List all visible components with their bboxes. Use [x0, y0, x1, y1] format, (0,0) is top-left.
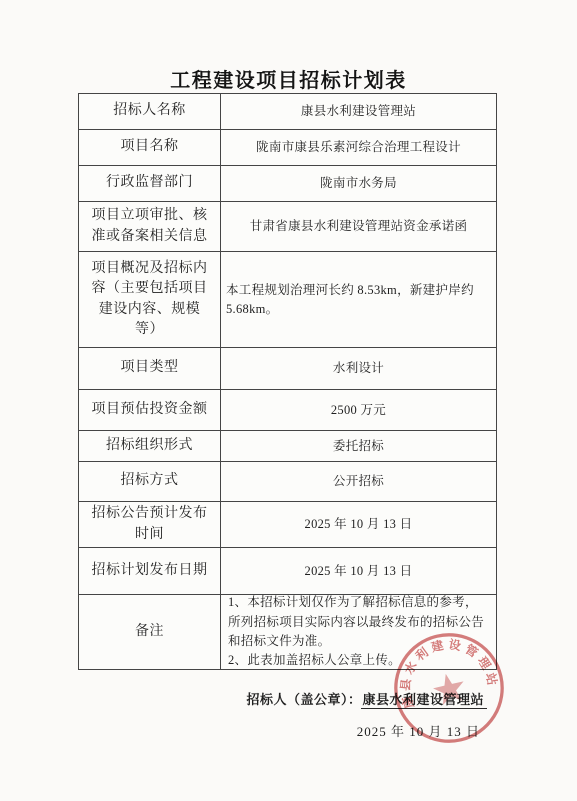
row-value: 水利设计 — [221, 348, 496, 389]
row-value: 康县水利建设管理站 — [221, 94, 496, 129]
row-value: 2500 万元 — [221, 390, 496, 430]
row-value: 陇南市康县乐素河综合治理工程设计 — [221, 130, 496, 165]
table-row: 招标人名称 康县水利建设管理站 — [79, 94, 496, 129]
row-value: 陇南市水务局 — [221, 166, 496, 201]
row-label: 项目立项审批、核准或备案相关信息 — [79, 202, 221, 251]
row-label: 招标方式 — [79, 462, 221, 501]
row-label: 行政监督部门 — [79, 166, 221, 201]
row-value: 甘肃省康县水利建设管理站资金承诺函 — [221, 202, 496, 251]
bidding-plan-table: 招标人名称 康县水利建设管理站 项目名称 陇南市康县乐素河综合治理工程设计 行政… — [78, 93, 497, 670]
signature-name: 康县水利建设管理站 — [361, 692, 487, 709]
table-row: 招标方式 公开招标 — [79, 461, 496, 501]
row-label: 项目概况及招标内容（主要包括项目建设内容、规模等） — [79, 252, 221, 347]
row-value: 本工程规划治理河长约 8.53km，新建护岸约 5.68km。 — [221, 252, 496, 347]
row-label: 招标人名称 — [79, 94, 221, 129]
row-value: 公开招标 — [221, 462, 496, 501]
row-label: 招标公告预计发布时间 — [79, 502, 221, 547]
row-label: 项目类型 — [79, 348, 221, 389]
signature-date: 2025 年 10 月 13 日 — [357, 721, 480, 740]
note-line: 1、本招标计划仅作为了解招标信息的参考，所列招标项目实际内容以最终发布的招标公告… — [228, 593, 488, 651]
row-label: 招标计划发布日期 — [79, 548, 221, 594]
row-value: 委托招标 — [221, 431, 496, 461]
table-row: 项目类型 水利设计 — [79, 347, 496, 389]
table-row: 招标组织形式 委托招标 — [79, 430, 496, 461]
table-row: 招标公告预计发布时间 2025 年 10 月 13 日 — [79, 501, 496, 547]
row-label: 项目预估投资金额 — [79, 390, 221, 430]
note-line: 2、此表加盖招标人公章上传。 — [228, 651, 401, 670]
row-value: 2025 年 10 月 13 日 — [221, 548, 496, 594]
table-row: 项目名称 陇南市康县乐素河综合治理工程设计 — [79, 129, 496, 165]
table-row: 项目立项审批、核准或备案相关信息 甘肃省康县水利建设管理站资金承诺函 — [79, 201, 496, 251]
signature-line: 招标人（盖公章）：康县水利建设管理站 — [246, 689, 487, 708]
table-row: 备注 1、本招标计划仅作为了解招标信息的参考，所列招标项目实际内容以最终发布的招… — [79, 594, 496, 669]
row-label: 备注 — [79, 595, 221, 669]
table-row: 招标计划发布日期 2025 年 10 月 13 日 — [79, 547, 496, 594]
row-value-notes: 1、本招标计划仅作为了解招标信息的参考，所列招标项目实际内容以最终发布的招标公告… — [221, 595, 496, 669]
table-row: 项目预估投资金额 2500 万元 — [79, 389, 496, 430]
table-row: 行政监督部门 陇南市水务局 — [79, 165, 496, 201]
row-label: 招标组织形式 — [79, 431, 221, 461]
row-value: 2025 年 10 月 13 日 — [221, 502, 496, 547]
row-label: 项目名称 — [79, 130, 221, 165]
table-row: 项目概况及招标内容（主要包括项目建设内容、规模等） 本工程规划治理河长约 8.5… — [79, 251, 496, 347]
signature-label: 招标人（盖公章）： — [246, 692, 361, 707]
page-title: 工程建设项目招标计划表 — [0, 64, 577, 93]
scanned-document-page: 工程建设项目招标计划表 招标人名称 康县水利建设管理站 项目名称 陇南市康县乐素… — [0, 0, 577, 801]
